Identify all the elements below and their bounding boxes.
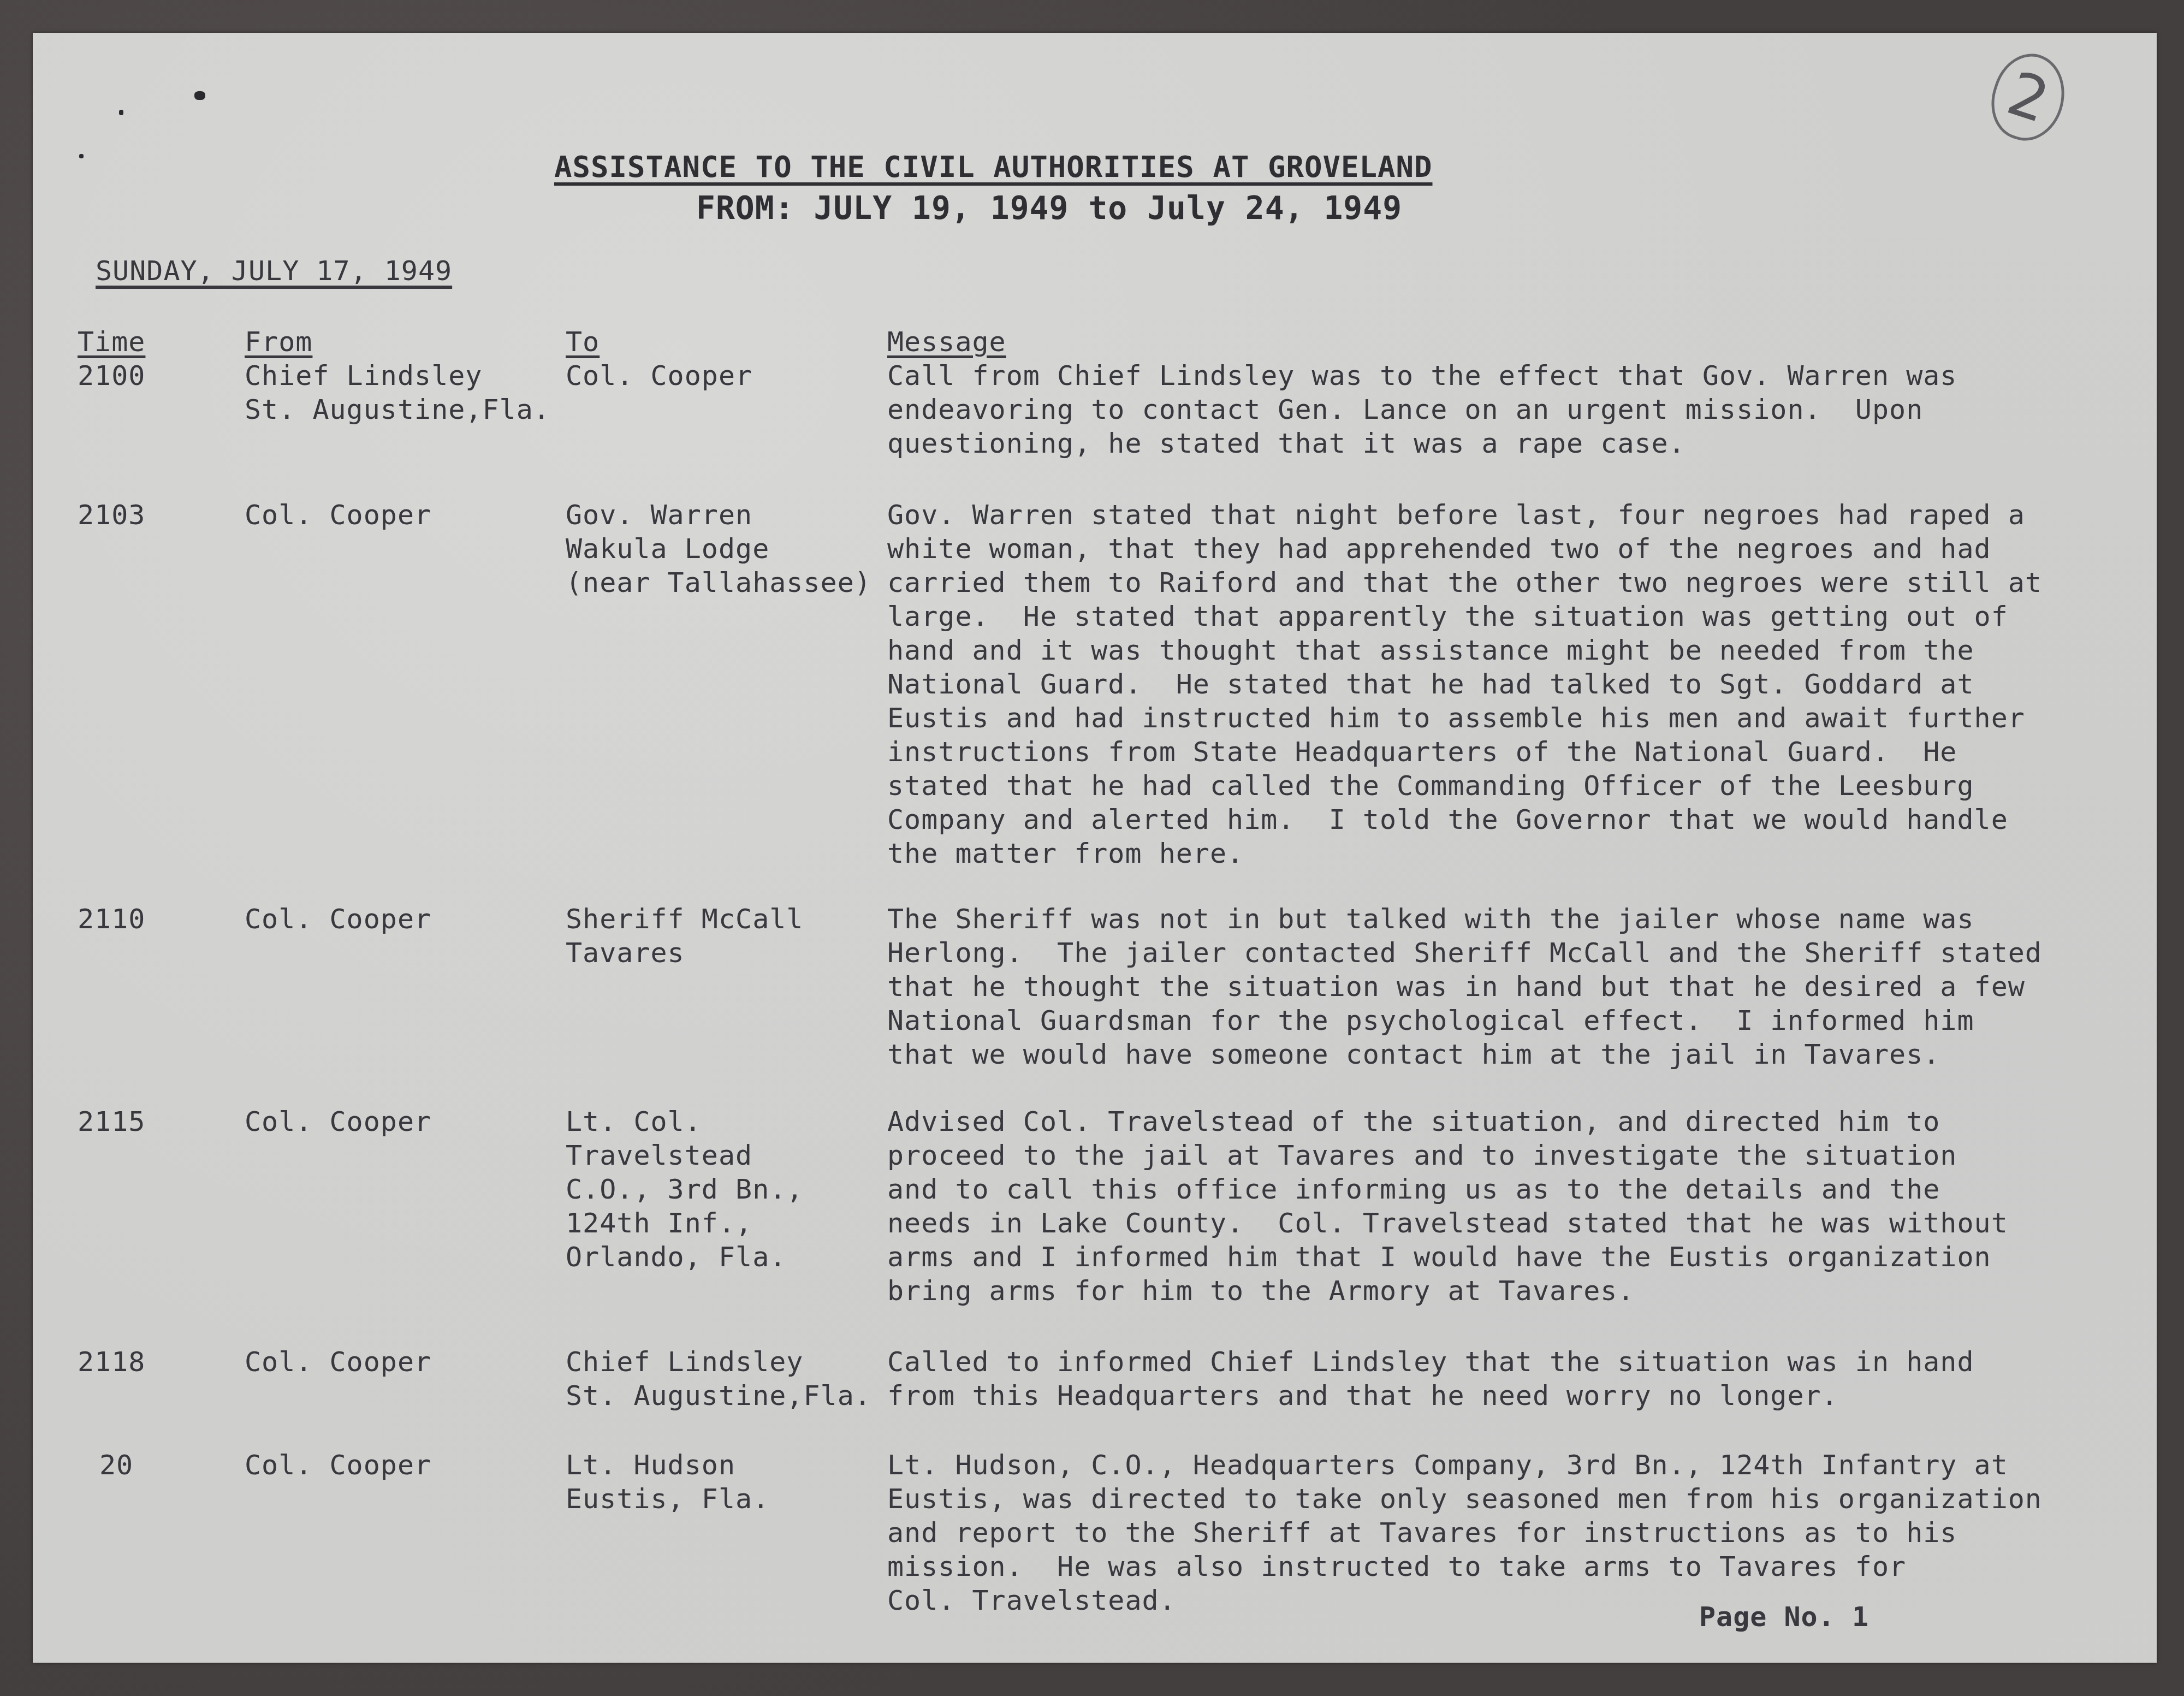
column-header-to: To [566,325,600,359]
entry-to: Lt. Col. Travelstead C.O., 3rd Bn., 124t… [566,1105,803,1274]
entry-time: 2118 [78,1345,145,1379]
entry-from: Col. Cooper [245,498,431,532]
entry-from: Col. Cooper [245,1345,431,1379]
column-header-time: Time [78,325,145,359]
date-range: FROM: JULY 19, 1949 to July 24, 1949 [696,191,1402,225]
entry-to: Col. Cooper [566,359,752,393]
page-mark-number: 2 [1999,58,2057,136]
entry-message: Advised Col. Travelstead of the situatio… [887,1105,2008,1308]
handwritten-page-mark: 2 [1981,45,2075,150]
typewritten-page: 2 ASSISTANCE TO THE CIVIL AUTHORITIES AT… [33,33,2157,1663]
entry-message: Call from Chief Lindsley was to the effe… [887,359,1957,460]
entry-to: Sheriff McCall Tavares [566,902,803,970]
entry-from: Col. Cooper [245,1448,431,1482]
entry-from: Chief Lindsley St. Augustine,Fla. [245,359,550,426]
entry-time: 2100 [78,359,145,393]
entry-to: Chief Lindsley St. Augustine,Fla. [566,1345,871,1413]
entry-message: The Sheriff was not in but talked with t… [887,902,2042,1071]
entry-message: Called to informed Chief Lindsley that t… [887,1345,1974,1413]
entry-time: 20 [99,1448,133,1482]
entry-from: Col. Cooper [245,1105,431,1138]
entry-to: Gov. Warren Wakula Lodge (near Tallahass… [566,498,871,600]
column-header-from: From [245,325,312,359]
day-heading: SUNDAY, JULY 17, 1949 [96,254,452,288]
page-number: Page No. 1 [1699,1600,1869,1634]
entry-from: Col. Cooper [245,902,431,936]
paper-speck [119,110,123,115]
entry-time: 2110 [78,902,145,936]
paper-speck [79,154,84,158]
paper-speck [194,91,205,100]
entry-time: 2115 [78,1105,145,1138]
document-title: ASSISTANCE TO THE CIVIL AUTHORITIES AT G… [554,150,1433,184]
entry-to: Lt. Hudson Eustis, Fla. [566,1448,769,1516]
entry-time: 2103 [78,498,145,532]
column-header-message: Message [887,325,1006,359]
entry-message: Lt. Hudson, C.O., Headquarters Company, … [887,1448,2042,1617]
entry-message: Gov. Warren stated that night before las… [887,498,2042,870]
